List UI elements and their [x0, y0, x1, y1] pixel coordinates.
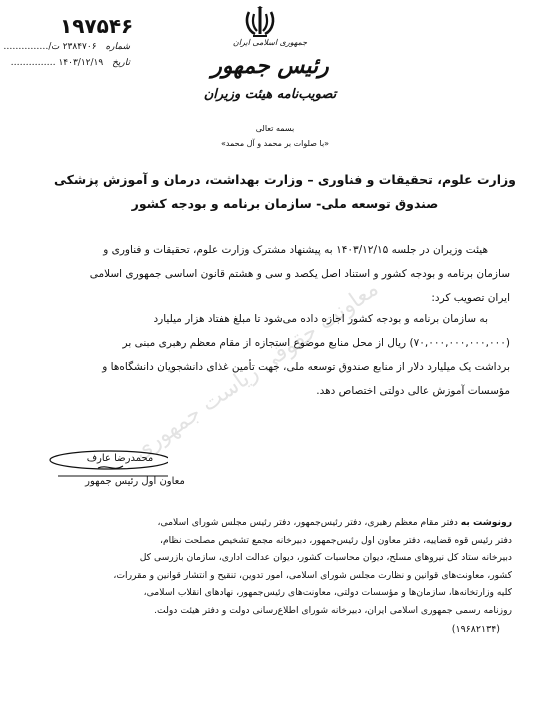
decree-paragraph-1: هیئت وزیران در جلسه ۱۴۰۳/۱۲/۱۵ به پیشنها…: [58, 238, 510, 310]
signatory-name: محمدرضا عارف: [60, 453, 180, 464]
number-field: شماره ۲۳۸۴۷۰۶ ت/……………: [20, 42, 130, 52]
signatory-title: معاون اول رئیس جمهور: [60, 476, 210, 487]
iran-emblem-icon: [243, 6, 277, 40]
cc-text: دفتر مقام معظم رهبری، دفتر رئیس‌جمهور، د…: [158, 517, 458, 528]
country-name: جمهوری اسلامی ایران: [180, 38, 360, 47]
serial-number: ۱۹۷۵۴۶: [60, 14, 133, 38]
cc-line: روزنامه رسمی جمهوری اسلامی ایران، دبیرخا…: [50, 602, 512, 620]
number-value: ۲۳۸۴۷۰۶ ت/……………: [3, 42, 96, 52]
addressee-line-1: وزارت علوم، تحقیقات و فناوری – وزارت بهد…: [50, 172, 520, 187]
office-title: رئیس جمهور: [180, 53, 360, 79]
cc-line: دفتر رئیس قوه قضاییه، دفتر معاون اول رئی…: [50, 532, 512, 550]
bismillah: بسمه تعالی: [150, 124, 400, 133]
carbon-copy-list: رونوشت به دفتر مقام معظم رهبری، دفتر رئی…: [50, 514, 512, 619]
paragraph-line: هیئت وزیران در جلسه ۱۴۰۳/۱۲/۱۵ به پیشنها…: [58, 238, 510, 262]
paragraph-line: به سازمان برنامه و بودجه کشور اجازه داده…: [58, 307, 510, 331]
decree-paragraph-2: به سازمان برنامه و بودجه کشور اجازه داده…: [58, 307, 510, 403]
reference-number: (۱۹۶۸۲۱۳۴): [380, 624, 500, 635]
document-type: تصویب‌نامه هیئت وزیران: [180, 87, 360, 102]
paragraph-line: مؤسسات آموزش عالی دولتی اختصاص دهد.: [58, 379, 510, 403]
cc-line: کشور، معاونت‌های قوانین و نظارت مجلس شور…: [50, 567, 512, 585]
paragraph-line: (۷۰,۰۰۰,۰۰۰,۰۰۰,۰۰۰) ریال از محل منابع م…: [58, 331, 510, 355]
cc-line: رونوشت به دفتر مقام معظم رهبری، دفتر رئی…: [50, 514, 512, 532]
date-label: تاریخ: [112, 58, 130, 68]
cc-line: کلیه وزارتخانه‌ها، سازمان‌ها و مؤسسات دو…: [50, 584, 512, 602]
cc-label: رونوشت به: [461, 517, 512, 528]
number-label: شماره: [105, 42, 130, 52]
date-value: ۱۴۰۳/۱۲/۱۹ ……………: [11, 58, 104, 68]
paragraph-line: برداشت یک میلیارد دلار از منابع صندوق تو…: [58, 355, 510, 379]
addressee-line-2: صندوق توسعه ملی- سازمان برنامه و بودجه ک…: [50, 196, 520, 211]
paragraph-line: سازمان برنامه و بودجه کشور و استناد اصل …: [58, 262, 510, 286]
salawat: «با صلوات بر محمد و آل محمد»: [150, 139, 400, 148]
date-field: تاریخ ۱۴۰۳/۱۲/۱۹ ……………: [20, 58, 130, 68]
cc-line: دبیرخانه ستاد کل نیروهای مسلح، دیوان محا…: [50, 549, 512, 567]
